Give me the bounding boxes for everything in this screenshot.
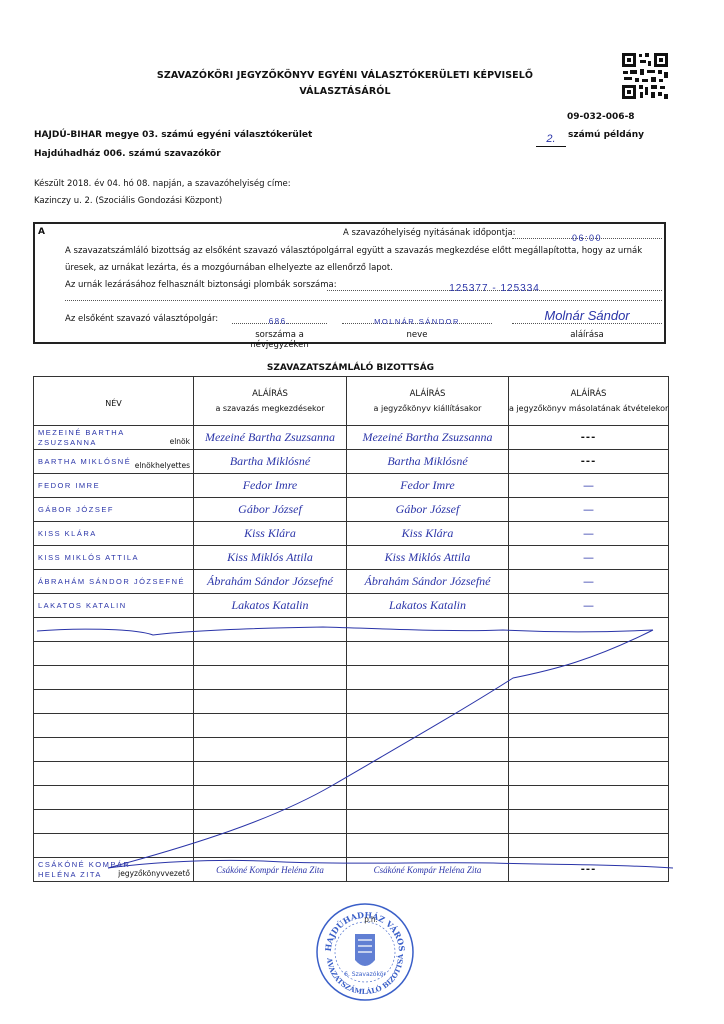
empty-cell <box>34 666 194 690</box>
signature-copy-mark: — <box>583 599 594 612</box>
caption-name: neve <box>342 330 492 340</box>
empty-table-row <box>34 666 669 690</box>
member-name: ÁBRAHÁM SÁNDOR JÓZSEFNÉ <box>38 577 185 587</box>
address: Kazinczy u. 2. (Szociális Gondozási Közp… <box>34 196 222 206</box>
empty-cell <box>194 810 347 834</box>
signature-start-cell: Lakatos Katalin <box>194 594 347 618</box>
first-voter-number-field: 686. <box>232 309 327 324</box>
signature-issue-cell: Kiss Miklós Attila <box>347 546 509 570</box>
signature: Ábrahám Sándor Józsefné <box>365 574 491 588</box>
empty-cell <box>347 786 509 810</box>
first-voter-label: Az elsőként szavazó választópolgár: <box>65 314 218 324</box>
column-header-name: NÉV <box>34 377 194 426</box>
member-name-cell: BARTHA MIKLÓSNÉelnökhelyettes <box>34 450 194 474</box>
table-header-row: NÉV ALÁÍRÁSa szavazás megkezdésekor ALÁÍ… <box>34 377 669 426</box>
signature: Kiss Klára <box>402 526 454 540</box>
member-name-cell: GÁBOR JÓZSEF <box>34 498 194 522</box>
committee-title: SZAVAZATSZÁMLÁLÓ BIZOTTSÁG <box>33 363 668 373</box>
empty-table-row <box>34 714 669 738</box>
signature-issue-cell: Kiss Klára <box>347 522 509 546</box>
opening-time-field: 06:00 <box>512 226 662 239</box>
member-name: BARTHA MIKLÓSNÉ <box>38 457 131 467</box>
empty-table-row <box>34 810 669 834</box>
signature-copy-mark: — <box>583 479 594 492</box>
empty-cell <box>34 618 194 642</box>
signature: Gábor József <box>396 502 460 516</box>
signature: Fedor Imre <box>400 478 455 492</box>
table-row: GÁBOR JÓZSEFGábor JózsefGábor József— <box>34 498 669 522</box>
member-name-cell: ÁBRAHÁM SÁNDOR JÓZSEFNÉ <box>34 570 194 594</box>
table-row: FEDOR IMREFedor ImreFedor Imre— <box>34 474 669 498</box>
stamp-ph-label: p.h. <box>364 915 377 924</box>
signature-start-cell: Bartha Miklósné <box>194 450 347 474</box>
signature-copy-cell: --- <box>509 858 669 882</box>
signature: Mezeiné Bartha Zsuzsanna <box>205 430 335 444</box>
signature: Bartha Miklósné <box>387 454 467 468</box>
signature-issue-cell: Mezeiné Bartha Zsuzsanna <box>347 426 509 450</box>
signature-start-cell: Kiss Miklós Attila <box>194 546 347 570</box>
empty-table-row <box>34 642 669 666</box>
table-row: MEZEINÉ BARTHA ZSUZSANNAelnökMezeiné Bar… <box>34 426 669 450</box>
copy-number-value: 2. <box>546 133 555 145</box>
empty-cell <box>347 666 509 690</box>
signature-copy-cell: — <box>509 498 669 522</box>
signature: Gábor József <box>238 502 302 516</box>
table-row: CSÁKÓNÉ KOMPÁR HELÉNA ZITAjegyzőkönyvvez… <box>34 858 669 882</box>
empty-cell <box>194 738 347 762</box>
document-title-line2: VÁLASZTÁSÁRÓL <box>150 86 540 97</box>
signature-copy-cell: — <box>509 570 669 594</box>
signature-start-cell: Gábor József <box>194 498 347 522</box>
signature: Csákóné Kompár Heléna Zita <box>216 865 324 875</box>
member-name: LAKATOS KATALIN <box>38 601 127 611</box>
made-line: Készült 2018. év 04. hó 08. napján, a sz… <box>34 179 291 189</box>
empty-cell <box>34 642 194 666</box>
empty-cell <box>34 690 194 714</box>
empty-cell <box>347 810 509 834</box>
signature: Ábrahám Sándor Józsefné <box>207 574 333 588</box>
signature: Csákóné Kompár Heléna Zita <box>374 865 482 875</box>
statement-line1: A szavazatszámláló bizottság az elsőként… <box>65 246 642 256</box>
table-row: LAKATOS KATALINLakatos KatalinLakatos Ka… <box>34 594 669 618</box>
member-name-cell: CSÁKÓNÉ KOMPÁR HELÉNA ZITAjegyzőkönyvvez… <box>34 858 194 882</box>
first-voter-number: 686. <box>269 317 291 326</box>
member-name: FEDOR IMRE <box>38 481 100 491</box>
empty-cell <box>34 834 194 858</box>
empty-cell <box>194 834 347 858</box>
member-name-cell: KISS MIKLÓS ATTILA <box>34 546 194 570</box>
committee-table: NÉV ALÁÍRÁSa szavazás megkezdésekor ALÁÍ… <box>33 376 669 882</box>
document-title-line1: SZAVAZÓKÖRI JEGYZŐKÖNYV EGYÉNI VÁLASZTÓK… <box>150 70 540 81</box>
empty-cell <box>509 690 669 714</box>
empty-cell <box>34 786 194 810</box>
column-header-sig-copy: ALÁÍRÁSa jegyzőkönyv másolatának átvétel… <box>509 377 669 426</box>
signature: Kiss Klára <box>244 526 296 540</box>
empty-table-row <box>34 762 669 786</box>
empty-table-row <box>34 786 669 810</box>
signature-copy-mark: — <box>583 527 594 540</box>
signature-issue-cell: Fedor Imre <box>347 474 509 498</box>
seals-label: Az urnák lezárásához felhasznált biztons… <box>65 280 337 290</box>
empty-table-row <box>34 618 669 642</box>
empty-cell <box>509 618 669 642</box>
copy-number-field: 2. <box>536 127 566 147</box>
empty-cell <box>509 786 669 810</box>
signature-start-cell: Csákóné Kompár Heléna Zita <box>194 858 347 882</box>
empty-cell <box>347 690 509 714</box>
table-row: KISS MIKLÓS ATTILAKiss Miklós AttilaKiss… <box>34 546 669 570</box>
empty-table-row <box>34 834 669 858</box>
empty-cell <box>194 666 347 690</box>
member-name-cell: LAKATOS KATALIN <box>34 594 194 618</box>
signature-copy-cell: — <box>509 522 669 546</box>
caption-signature: aláírása <box>512 330 662 340</box>
empty-cell <box>194 690 347 714</box>
empty-cell <box>509 666 669 690</box>
member-name: KISS KLÁRA <box>38 529 97 539</box>
member-role: elnök <box>170 437 190 446</box>
column-header-sig-issue: ALÁÍRÁSa jegyzőkönyv kiállításakor <box>347 377 509 426</box>
signature-copy-mark: — <box>583 503 594 516</box>
signature: Bartha Miklósné <box>230 454 310 468</box>
empty-cell <box>509 762 669 786</box>
signature-copy-mark: --- <box>581 864 596 875</box>
signature-copy-cell: — <box>509 546 669 570</box>
empty-cell <box>347 642 509 666</box>
qr-code-icon <box>621 52 669 100</box>
empty-cell <box>194 762 347 786</box>
signature-copy-cell: --- <box>509 426 669 450</box>
empty-cell <box>509 642 669 666</box>
signature: Kiss Miklós Attila <box>385 550 471 564</box>
member-name: KISS MIKLÓS ATTILA <box>38 553 139 563</box>
empty-cell <box>347 762 509 786</box>
signature-copy-mark: --- <box>581 432 596 443</box>
empty-cell <box>347 834 509 858</box>
signature: Kiss Miklós Attila <box>227 550 313 564</box>
first-voter-name: MOLNÁR SÁNDOR <box>374 317 460 326</box>
first-voter-signature-field: Molnár Sándor <box>512 305 662 324</box>
polling-station-label: Hajdúhadház 006. számú szavazókör <box>34 149 221 159</box>
opening-time-label: A szavazóhelyiség nyitásának időpontja: <box>343 228 516 238</box>
empty-cell <box>194 786 347 810</box>
signature-copy-cell: — <box>509 594 669 618</box>
signature: Mezeiné Bartha Zsuzsanna <box>363 430 493 444</box>
caption-number: sorszáma a névjegyzéken <box>232 330 327 350</box>
empty-table-row <box>34 690 669 714</box>
member-name-cell: MEZEINÉ BARTHA ZSUZSANNAelnök <box>34 426 194 450</box>
seals-value: 125377 - 125334 <box>449 283 540 294</box>
empty-cell <box>34 714 194 738</box>
member-name-cell: FEDOR IMRE <box>34 474 194 498</box>
empty-cell <box>34 810 194 834</box>
opening-time-value: 06:00 <box>572 233 602 243</box>
official-stamp: HAJDÚHADHÁZ VÁROS SZAVAZATSZÁMLÁLÓ BIZOT… <box>313 900 417 1004</box>
member-role: jegyzőkönyvvezető <box>118 869 190 878</box>
member-name: GÁBOR JÓZSEF <box>38 505 114 515</box>
signature: Lakatos Katalin <box>389 598 466 612</box>
signature-start-cell: Fedor Imre <box>194 474 347 498</box>
signature-issue-cell: Ábrahám Sándor Józsefné <box>347 570 509 594</box>
empty-cell <box>509 738 669 762</box>
signature-start-cell: Ábrahám Sándor Józsefné <box>194 570 347 594</box>
signature-copy-mark: — <box>583 551 594 564</box>
empty-cell <box>347 714 509 738</box>
signature-copy-mark: — <box>583 575 594 588</box>
seals-field: 125377 - 125334 <box>327 276 662 291</box>
empty-cell <box>194 714 347 738</box>
table-row: BARTHA MIKLÓSNÉelnökhelyettesBartha Mikl… <box>34 450 669 474</box>
signature-issue-cell: Bartha Miklósné <box>347 450 509 474</box>
signature-issue-cell: Csákóné Kompár Heléna Zita <box>347 858 509 882</box>
signature-issue-cell: Gábor József <box>347 498 509 522</box>
first-voter-signature: Molnár Sándor <box>544 308 629 323</box>
signature: Fedor Imre <box>243 478 298 492</box>
statement-line2: üresek, az urnákat lezárta, és a mozgóur… <box>65 263 393 273</box>
empty-cell <box>509 810 669 834</box>
signature-copy-mark: --- <box>581 456 596 467</box>
section-a-label: A <box>38 227 45 237</box>
stamp-inner-text: 6. Szavazókör <box>344 971 386 978</box>
signature-start-cell: Kiss Klára <box>194 522 347 546</box>
signature: Lakatos Katalin <box>231 598 308 612</box>
document-code: 09-032-006-8 <box>567 112 635 122</box>
member-role: elnökhelyettes <box>135 461 190 470</box>
member-name: MEZEINÉ BARTHA ZSUZSANNA <box>38 428 148 448</box>
table-row: ÁBRAHÁM SÁNDOR JÓZSEFNÉÁbrahám Sándor Jó… <box>34 570 669 594</box>
section-a-box: A A szavazóhelyiség nyitásának időpontja… <box>33 222 666 344</box>
empty-cell <box>194 642 347 666</box>
empty-cell <box>509 714 669 738</box>
signature-copy-cell: — <box>509 474 669 498</box>
column-header-sig-start: ALÁÍRÁSa szavazás megkezdésekor <box>194 377 347 426</box>
member-name-cell: KISS KLÁRA <box>34 522 194 546</box>
signature-start-cell: Mezeiné Bartha Zsuzsanna <box>194 426 347 450</box>
first-voter-name-field: MOLNÁR SÁNDOR <box>342 309 492 324</box>
empty-cell <box>194 618 347 642</box>
empty-cell <box>347 618 509 642</box>
signature-issue-cell: Lakatos Katalin <box>347 594 509 618</box>
coat-of-arms-icon <box>355 934 375 966</box>
empty-cell <box>347 738 509 762</box>
empty-cell <box>509 834 669 858</box>
dotted-line <box>65 296 662 301</box>
district-label: HAJDÚ-BIHAR megye 03. számú egyéni válas… <box>34 130 312 140</box>
copy-label: számú példány <box>568 130 644 140</box>
empty-cell <box>34 738 194 762</box>
table-row: KISS KLÁRAKiss KláraKiss Klára— <box>34 522 669 546</box>
signature-copy-cell: --- <box>509 450 669 474</box>
empty-cell <box>34 762 194 786</box>
empty-table-row <box>34 738 669 762</box>
